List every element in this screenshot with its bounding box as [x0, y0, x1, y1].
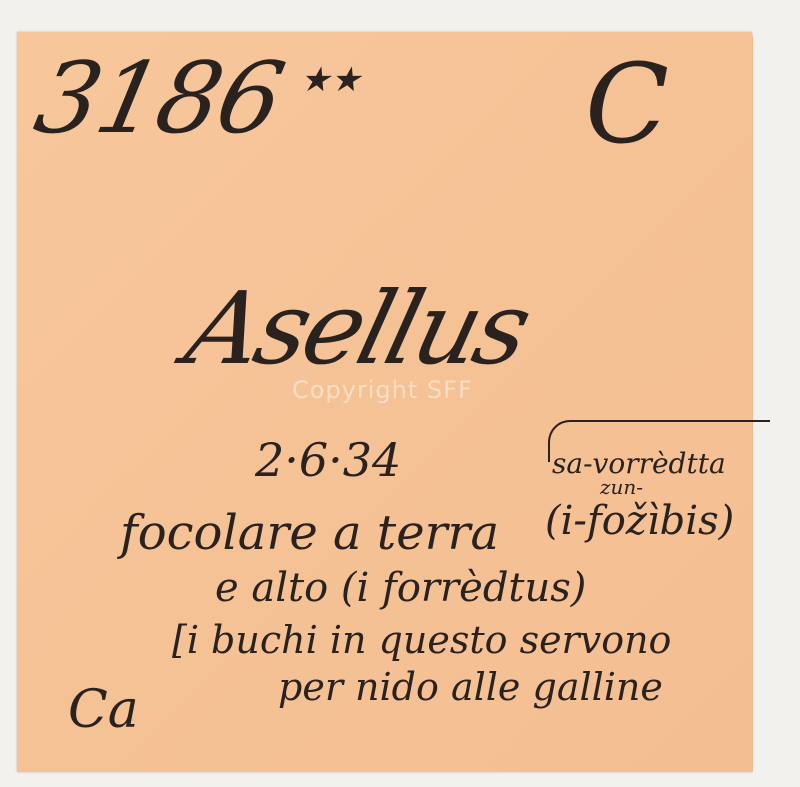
dialect-note-line2: zun- — [600, 475, 643, 499]
genus-name: Asellus — [175, 270, 539, 387]
dialect-note-line3: (i-fožìbis) — [545, 498, 734, 544]
locality-line-2: e alto (i forrèdtus) — [215, 565, 586, 611]
locality-line-1: focolare a terra — [120, 505, 499, 561]
collection-date: 2·6·34 — [255, 433, 401, 487]
bottom-left-mark: Ca — [68, 680, 139, 740]
star-marks-icon: ★★ — [300, 60, 361, 100]
locality-line-3: [i buchi in questo servono — [172, 618, 671, 662]
locality-line-4: per nido alle galline — [278, 665, 663, 709]
copyright-watermark: Copyright SFF — [292, 376, 473, 404]
catalog-number: 3186 — [26, 42, 292, 156]
class-mark: C — [585, 40, 669, 168]
